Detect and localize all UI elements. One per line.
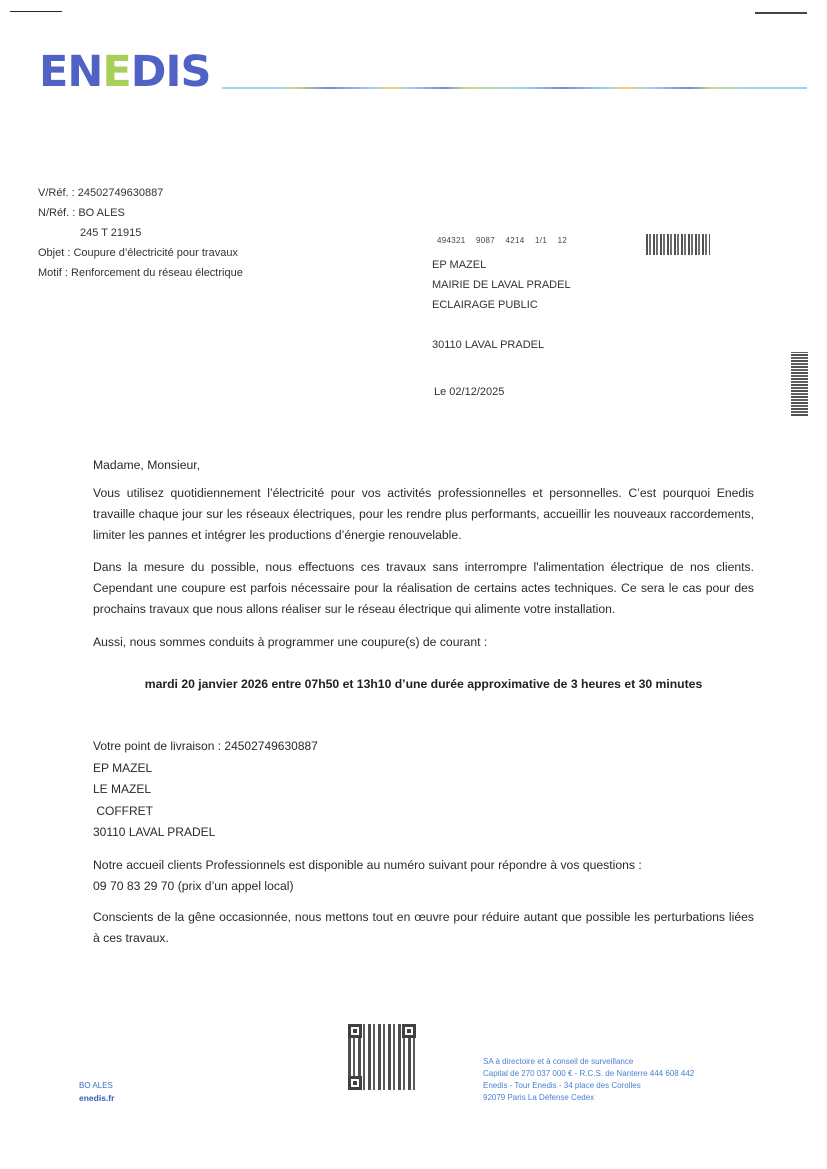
notre-reference: N/Réf. : BO ALES	[38, 203, 243, 223]
recipient-line: MAIRIE DE LAVAL PRADEL	[432, 275, 571, 295]
legal-line: Enedis - Tour Enedis - 34 place des Coro…	[483, 1080, 694, 1092]
logo-part-dis: DIS	[131, 52, 211, 92]
paragraph: Dans la mesure du possible, nous effectu…	[93, 557, 754, 620]
contact-intro: Notre accueil clients Professionnels est…	[93, 855, 754, 876]
delivery-line: LE MAZEL	[93, 779, 318, 801]
datamatrix-icon	[646, 234, 710, 255]
enedis-logo: ENEDIS	[39, 52, 210, 92]
delivery-line: COFFRET	[93, 801, 318, 823]
outage-schedule: mardi 20 janvier 2026 entre 07h50 et 13h…	[93, 677, 754, 691]
delivery-point: Votre point de livraison : 2450274963088…	[93, 736, 318, 844]
delivery-line: EP MAZEL	[93, 758, 318, 780]
notre-reference-code: 245 T 21915	[38, 223, 243, 243]
motif: Motif : Renforcement du réseau électriqu…	[38, 263, 243, 283]
mailing-code: 494321 9087 4214 1/1 12	[437, 236, 567, 245]
votre-reference: V/Réf. : 24502749630887	[38, 183, 243, 203]
contact-phone[interactable]: 09 70 83 29 70 (prix d’un appel local)	[93, 876, 754, 897]
header-divider	[222, 87, 807, 89]
recipient-line: ECLAIRAGE PUBLIC	[432, 295, 571, 315]
paragraph: Vous utilisez quotidiennement l’électric…	[93, 483, 754, 546]
logo-part-e: E	[102, 52, 130, 92]
qr-code-icon[interactable]	[348, 1024, 416, 1090]
recipient-address: EP MAZEL MAIRIE DE LAVAL PRADEL ECLAIRAG…	[432, 255, 571, 355]
letter-date: Le 02/12/2025	[434, 386, 504, 398]
references-block: V/Réf. : 24502749630887 N/Réf. : BO ALES…	[38, 183, 243, 283]
scan-mark	[10, 11, 62, 12]
objet: Objet : Coupure d’électricité pour trava…	[38, 243, 243, 263]
side-barcode-icon	[791, 352, 808, 416]
legal-line: SA à directoire et à conseil de surveill…	[483, 1056, 694, 1068]
delivery-point-label: Votre point de livraison : 2450274963088…	[93, 736, 318, 758]
website-link[interactable]: enedis.fr	[79, 1092, 114, 1104]
footer-agency: BO ALES enedis.fr	[79, 1080, 114, 1104]
logo-part-en: EN	[39, 52, 102, 92]
legal-line: Capital de 270 037 000 € - R.C.S. de Nan…	[483, 1068, 694, 1080]
salutation: Madame, Monsieur,	[93, 455, 754, 476]
agency-name: BO ALES	[79, 1080, 114, 1092]
closing-paragraph: Conscients de la gêne occasionnée, nous …	[93, 907, 754, 949]
delivery-city: 30110 LAVAL PRADEL	[93, 822, 318, 844]
paragraph: Aussi, nous sommes conduits à programmer…	[93, 632, 754, 653]
recipient-city: 30110 LAVAL PRADEL	[432, 335, 571, 355]
legal-line: 92079 Paris La Défense Cedex	[483, 1092, 694, 1104]
footer-legal: SA à directoire et à conseil de surveill…	[483, 1056, 694, 1104]
contact-block: Notre accueil clients Professionnels est…	[93, 855, 754, 897]
recipient-line: EP MAZEL	[432, 255, 571, 275]
scan-mark	[755, 12, 807, 14]
